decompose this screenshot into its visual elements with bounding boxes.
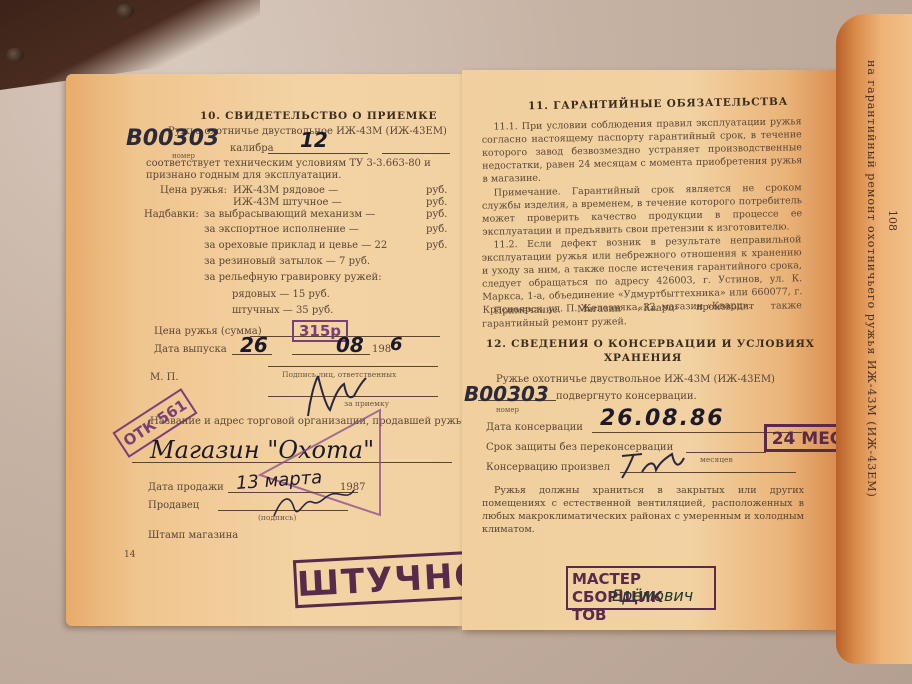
conservation-signature (618, 450, 688, 480)
handwritten-serial-number: B00303 (126, 126, 219, 151)
master-stamp-line2: ТОВ (572, 606, 710, 624)
curled-page-text: на гарантийный ремонт охотничьего ружья … (852, 60, 878, 630)
handwritten-serial-number-2: B00303 (464, 382, 549, 406)
price-label: Цена ружья: (160, 185, 227, 196)
price-unit: руб. (426, 197, 447, 208)
curled-page-number: 108 (886, 210, 899, 231)
surcharge-unit: руб. (426, 209, 447, 220)
surcharge-row: штучных — 35 руб. (232, 305, 333, 316)
surcharge-unit: руб. (426, 224, 447, 235)
surcharge-row: за ореховые приклад и цевье — 22 (204, 240, 387, 251)
number-caption: номер (496, 406, 519, 414)
section12-title: 12. СВЕДЕНИЯ О КОНСЕРВАЦИИ И УСЛОВИЯХ (486, 338, 815, 350)
page-number-left: 14 (124, 550, 135, 560)
surcharge-label: Надбавки: (144, 209, 199, 220)
handwritten-caliber: 12 (300, 128, 328, 152)
surcharge-row: за экспортное исполнение — (204, 224, 359, 235)
storage-conditions-text: Ружья должны храниться в закрытых или др… (482, 484, 804, 536)
rivet-icon (6, 48, 24, 62)
handwritten-release-day: 26 (240, 333, 268, 357)
handwritten-release-month: 08 (336, 333, 364, 357)
months-caption: месяцев (700, 455, 733, 464)
surcharge-row: рядовых — 15 руб. (232, 289, 330, 300)
acceptance-line3: соответствует техническим условиям ТУ 3-… (146, 158, 431, 169)
performed-by-label: Консервацию произвел (486, 462, 610, 473)
master-signature: Ерёмович (612, 586, 693, 605)
section10-title: 10. СВИДЕТЕЛЬСТВО О ПРИЕМКЕ (200, 110, 437, 122)
section12-title-line2: ХРАНЕНИЯ (604, 352, 682, 364)
conservation-date-label: Дата консервации (486, 422, 583, 433)
sale-date-label: Дата продажи (148, 482, 224, 493)
surcharge-row: за рельефную гравировку ружей: (204, 272, 382, 283)
shop-stamp-label: Штамп магазина (148, 530, 238, 541)
price-unit: руб. (426, 185, 447, 196)
seller-signature (268, 486, 358, 526)
rivet-icon (116, 4, 134, 18)
price-row: ИЖ-43М штучное — (233, 197, 342, 208)
seller-label: Продавец (148, 500, 199, 511)
release-year-prefix: 198 (372, 344, 391, 355)
release-date-label: Дата выпуска (154, 344, 227, 355)
acceptance-line4: признано годным для эксплуатации. (146, 170, 341, 181)
surcharge-unit: руб. (426, 240, 447, 251)
surcharge-row: за резиновый затылок — 7 руб. (204, 256, 370, 267)
mp-label: М. П. (150, 372, 179, 383)
conservation-line2: подвергнуто консервации. (556, 391, 697, 402)
handwritten-conservation-date: 26.08.86 (600, 406, 725, 431)
surcharge-row: за выбрасывающий механизм — (204, 209, 375, 220)
handwritten-release-year: 6 (390, 334, 403, 355)
price-row: ИЖ-43М рядовое — (233, 185, 338, 196)
warranty-paragraph-1: 11.1. При условии соблюдения правил эксп… (481, 115, 802, 186)
warranty-note-1: Примечание. Гарантийный срок является не… (482, 181, 803, 239)
